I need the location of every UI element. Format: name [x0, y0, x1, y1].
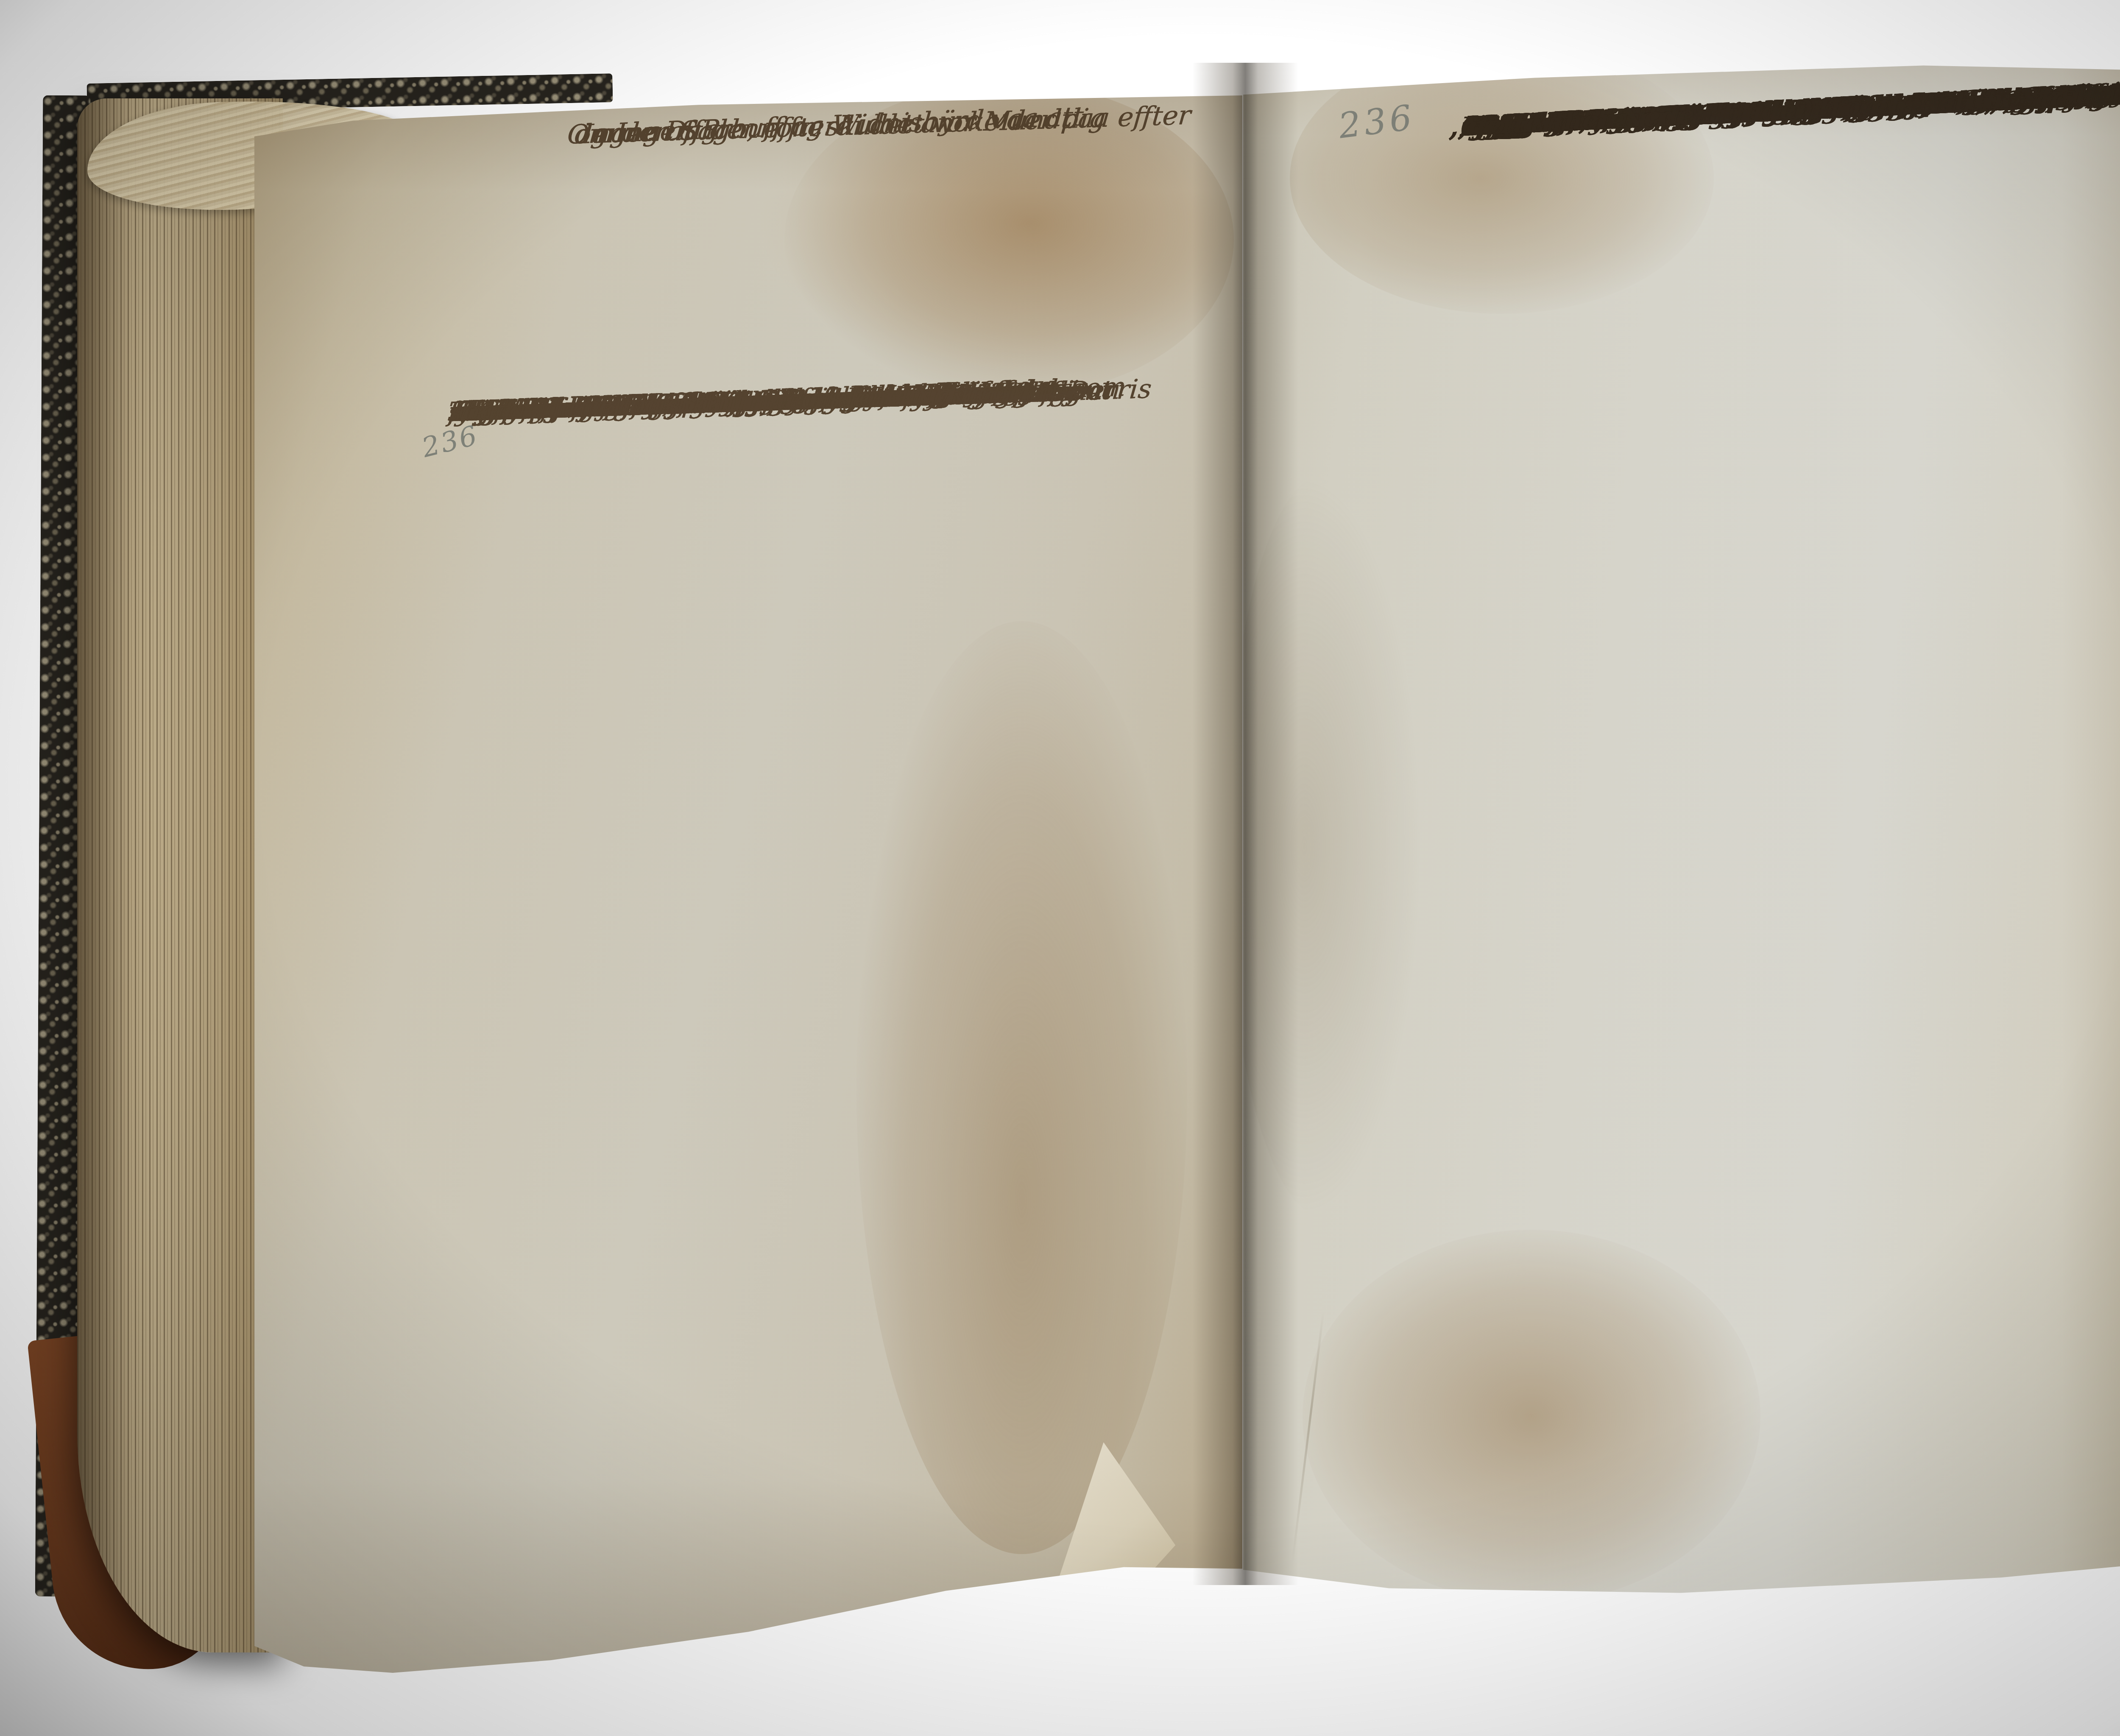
photo-scene: { "scene": { "description": "Archival ph… [0, 0, 2120, 1736]
text-line: denne Dag [573, 107, 720, 157]
water-stain [1303, 1230, 1760, 1603]
left-page-header: Om den Sagh, effterdi dett vor Mundtligo… [564, 94, 1140, 112]
left-page: 236 Om den Sagh, effterdi dett vor Mundt… [254, 95, 1242, 1673]
water-stain [1226, 475, 1421, 1217]
page-edge-shading [2061, 59, 2120, 1594]
left-page-body: Anno 1637 den 29 Julÿ paa itt sett Laugt… [445, 366, 1225, 392]
water-stain [856, 621, 1187, 1554]
right-page: 236 Kong Maÿtz fouged Mads Christensøn, … [1243, 59, 2120, 1594]
water-stain [1290, 42, 1714, 314]
text-line: og Nogitt Brød, Sammeledis fore Nÿkrede [462, 371, 1027, 431]
page-block-fore-edge-left [77, 98, 283, 1652]
